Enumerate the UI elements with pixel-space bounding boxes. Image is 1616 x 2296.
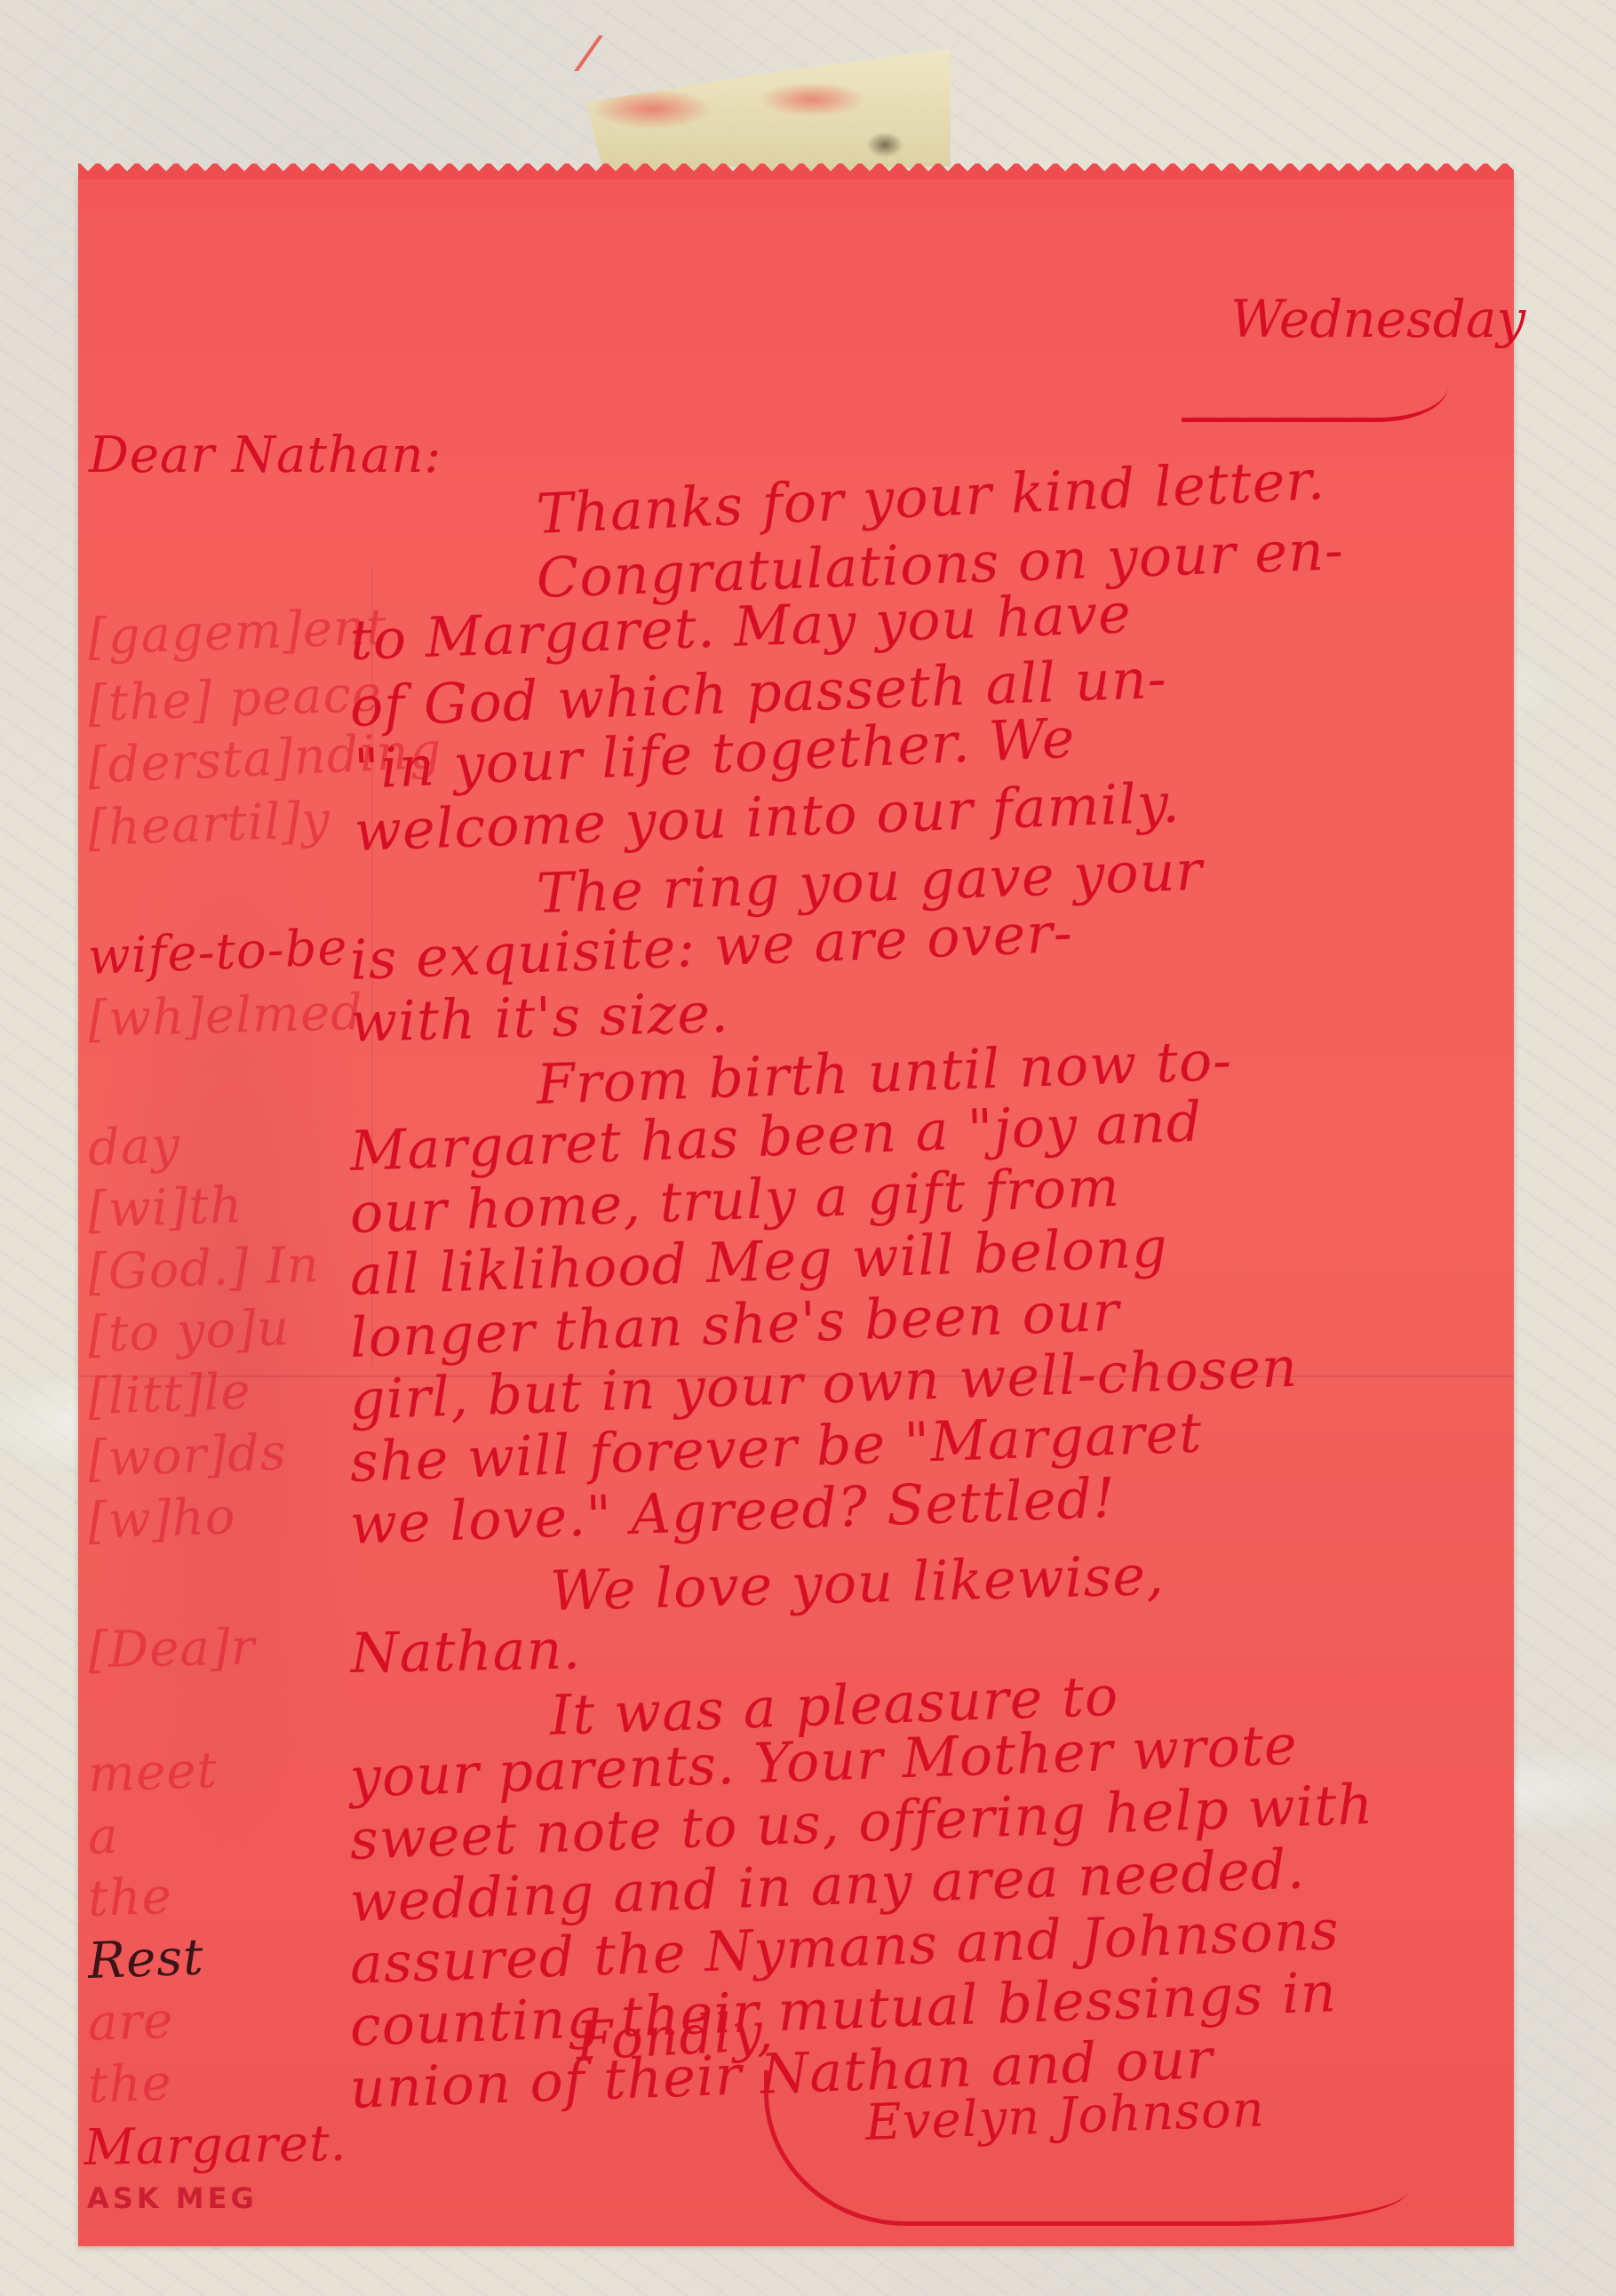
letter-line: with it's size. bbox=[349, 985, 729, 1050]
margin-fragment: are bbox=[87, 1997, 174, 2049]
margin-fragment: [Dea]r bbox=[88, 1623, 256, 1676]
margin-fragment: a bbox=[87, 1812, 119, 1862]
tape-tab bbox=[574, 36, 639, 71]
margin-fragment: [wh]elmed bbox=[88, 988, 364, 1045]
salutation: Dear Nathan: bbox=[89, 431, 442, 481]
margin-fragment: [litt]le bbox=[87, 1367, 251, 1423]
signature-flourish bbox=[764, 2070, 1408, 2226]
ask-meg-stamp: ASK MEG bbox=[87, 2181, 258, 2215]
masking-tape bbox=[586, 49, 951, 182]
margin-fragment: [wi]th bbox=[87, 1181, 243, 1236]
date-underline-flourish bbox=[1182, 364, 1448, 422]
margin-fragment: [the] peace bbox=[87, 669, 383, 729]
margin-fragment: [gagem]ent bbox=[87, 602, 387, 663]
margin-fragment: [wor]ds bbox=[87, 1428, 288, 1485]
letter-date: Wednesday bbox=[1230, 289, 1525, 349]
margin-fragment: the bbox=[87, 2059, 173, 2111]
margin-fragment: the bbox=[87, 1872, 173, 1925]
margin-fragment: Margaret. bbox=[84, 2119, 347, 2173]
margin-fragment: [to yo]u bbox=[87, 1303, 291, 1360]
margin-fragment: [God.] In bbox=[87, 1240, 321, 1298]
margin-fragment: Rest bbox=[87, 1933, 204, 1987]
letter-line: We love you likewise, bbox=[549, 1548, 1165, 1619]
margin-fragment: [w]ho bbox=[87, 1492, 236, 1547]
closing: Fondly, bbox=[575, 2005, 776, 2069]
margin-fragment: day bbox=[87, 1120, 181, 1174]
margin-fragment: meet bbox=[87, 1746, 219, 1800]
margin-fragment: [heartil]y bbox=[87, 796, 331, 854]
margin-fragment: wife-to-be bbox=[87, 923, 349, 983]
letter-line: Nathan. bbox=[350, 1622, 582, 1681]
